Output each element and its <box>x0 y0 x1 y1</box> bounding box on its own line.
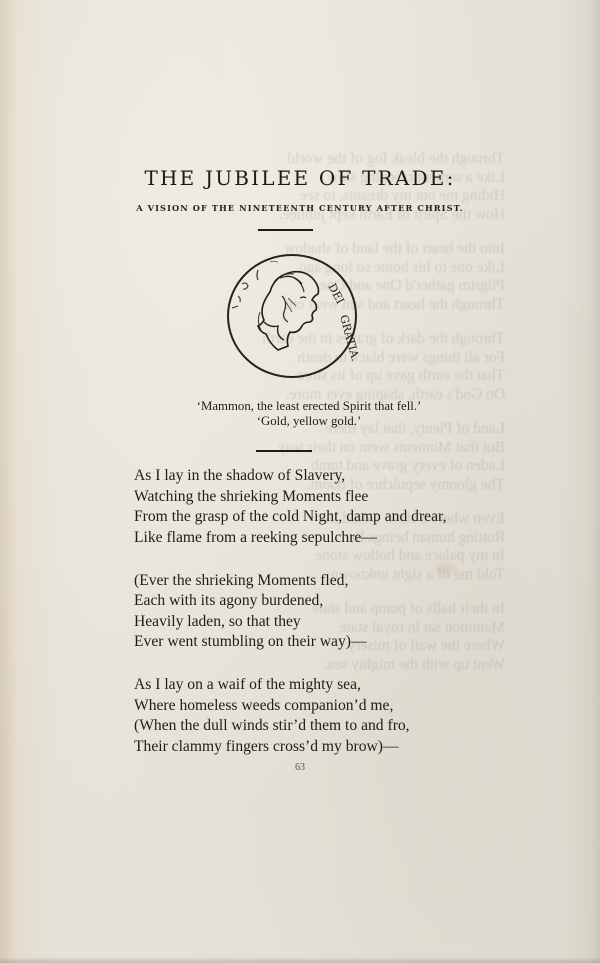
stanza: As I lay on a waif of the mighty sea, Wh… <box>134 675 494 757</box>
poem-line: Each with its agony burdened, <box>134 591 494 612</box>
divider-rule <box>258 229 313 231</box>
epigraph: ‘Mammon, the least erected Spirit that f… <box>0 399 600 428</box>
page-title: THE JUBILEE OF TRADE: <box>0 166 600 190</box>
poem-body: As I lay in the shadow of Slavery, Watch… <box>134 466 494 780</box>
stanza: As I lay in the shadow of Slavery, Watch… <box>134 466 494 548</box>
page-number: 63 <box>0 762 600 773</box>
stanza: (Ever the shrieking Moments fled, Each w… <box>134 571 494 653</box>
coin-icon: DEI GRATIA. <box>228 255 360 377</box>
epigraph-line: ‘Gold, yellow gold.’ <box>18 414 600 429</box>
poem-line: Their clammy fingers cross’d my brow)— <box>134 737 494 758</box>
poem-line: (Ever the shrieking Moments fled, <box>134 571 494 592</box>
page-subtitle: A VISION OF THE NINETEENTH CENTURY AFTER… <box>0 203 600 213</box>
divider-rule <box>256 450 312 452</box>
epigraph-line: ‘Mammon, the least erected Spirit that f… <box>18 399 600 414</box>
poem-line: (When the dull winds stir’d them to and … <box>134 716 494 737</box>
poem-line: Watching the shrieking Moments flee <box>134 487 494 508</box>
poem-line: From the grasp of the cold Night, damp a… <box>134 507 494 528</box>
coin-illustration: DEI GRATIA. <box>224 252 360 380</box>
book-page: Through the bleak fog of the worldLike a… <box>0 0 600 963</box>
svg-text:DEI: DEI <box>325 281 346 306</box>
poem-line: As I lay in the shadow of Slavery, <box>134 466 494 487</box>
poem-line: Heavily laden, so that they <box>134 612 494 633</box>
poem-line: Where homeless weeds companion’d me, <box>134 696 494 717</box>
poem-line: Like flame from a reeking sepulchre— <box>134 528 494 549</box>
poem-line: Ever went stumbling on their way)— <box>134 632 494 653</box>
poem-line: As I lay on a waif of the mighty sea, <box>134 675 494 696</box>
